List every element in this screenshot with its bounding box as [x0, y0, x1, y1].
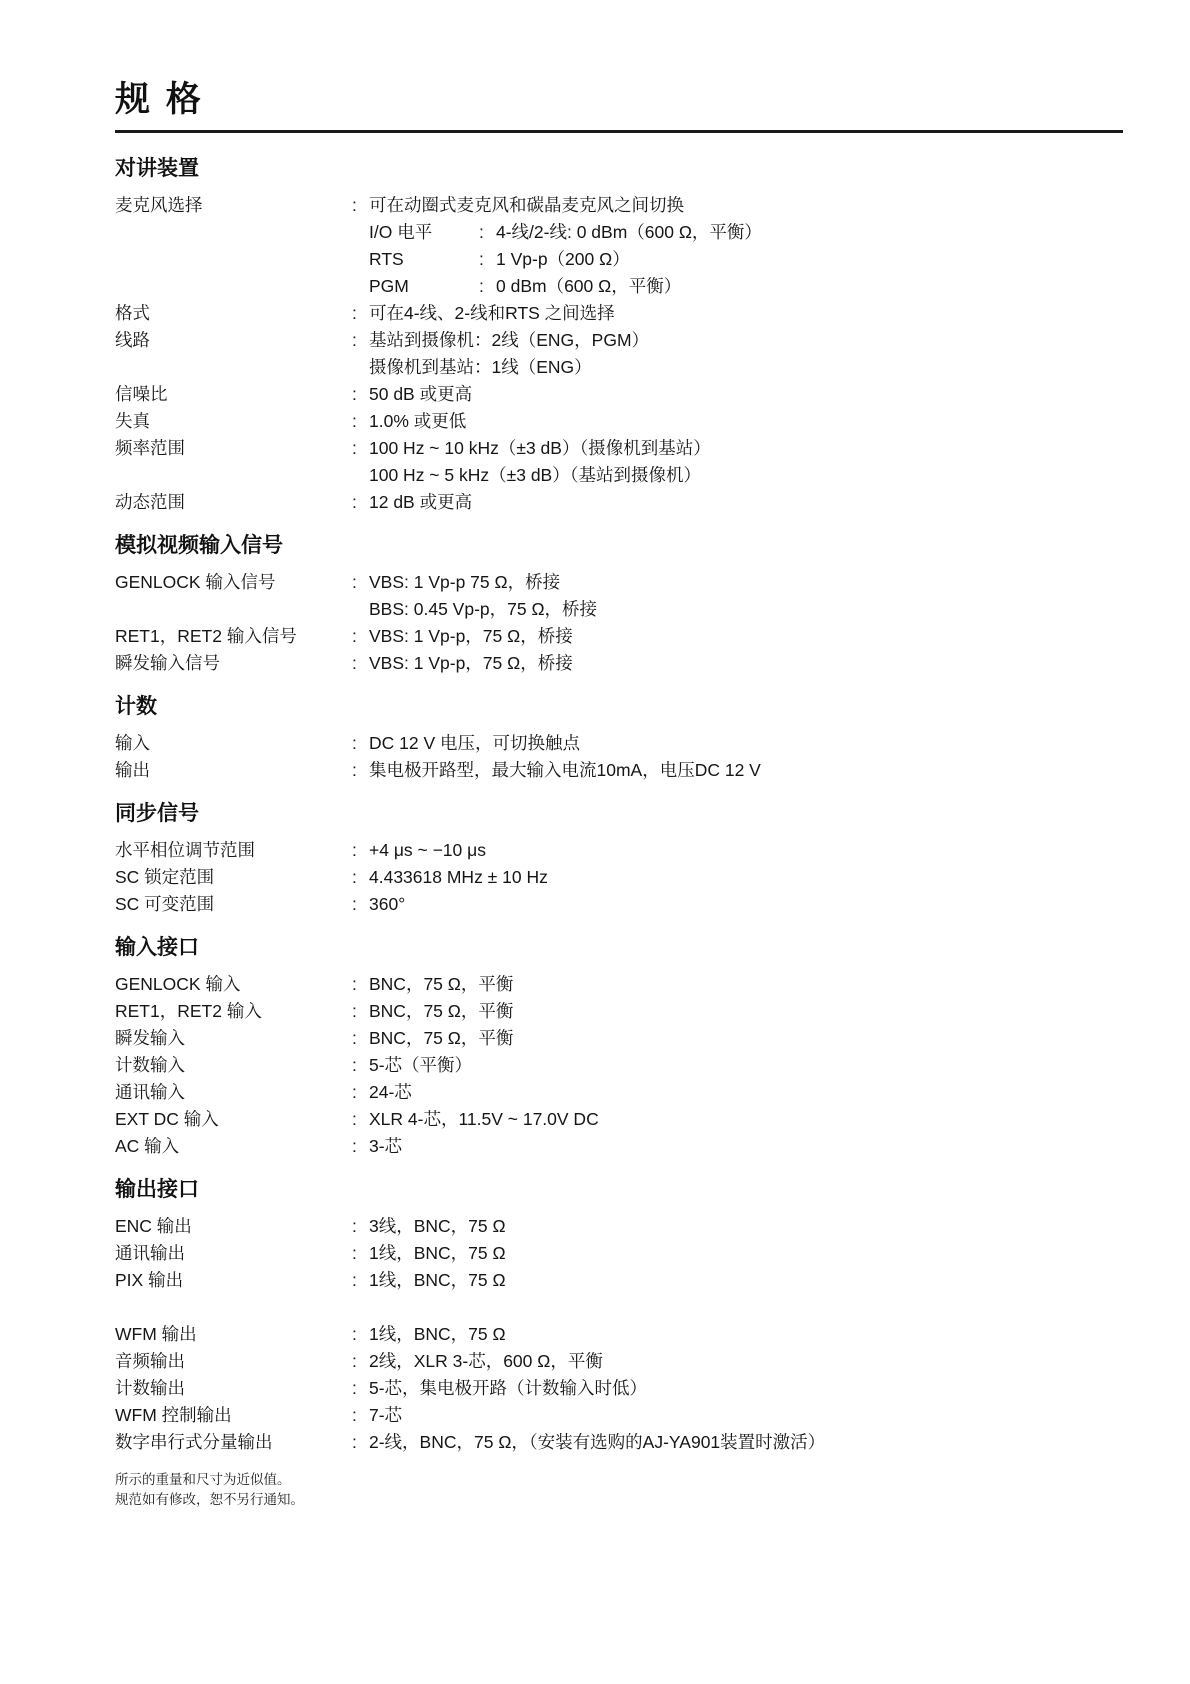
row-label: ENC 输出 [115, 1213, 352, 1240]
value-line: 12 dB 或更高 [369, 489, 1123, 516]
row-colon: : [352, 569, 369, 623]
value-line: 360° [369, 891, 1123, 918]
row-value: 5-芯，集电极开路（计数输入时低） [369, 1375, 1123, 1402]
page-title: 规 格 [115, 78, 1123, 122]
spec-row: 音频输出:2线，XLR 3-芯，600 Ω，平衡 [115, 1348, 1123, 1375]
row-value: 100 Hz ~ 10 kHz（±3 dB）（摄像机到基站）100 Hz ~ 5… [369, 435, 1123, 489]
row-value: BNC，75 Ω，平衡 [369, 998, 1123, 1025]
row-label: 通讯输出 [115, 1240, 352, 1267]
row-value: 7-芯 [369, 1402, 1123, 1429]
row-value: 可在4-线、2-线和RTS 之间选择 [369, 300, 1123, 327]
value-line: 100 Hz ~ 10 kHz（±3 dB）（摄像机到基站） [369, 435, 1123, 462]
row-colon: : [352, 891, 369, 918]
spec-page: 规 格 对讲装置麦克风选择:可在动圈式麦克风和碳晶麦克风之间切换I/O 电平:4… [0, 0, 1190, 1684]
row-value: 12 dB 或更高 [369, 489, 1123, 516]
value-line: 50 dB 或更高 [369, 381, 1123, 408]
row-value: 3-芯 [369, 1133, 1123, 1160]
sub-row-value: 1 Vp-p（200 Ω） [496, 246, 1123, 273]
spec-row: GENLOCK 输入信号:VBS: 1 Vp-p 75 Ω，桥接BBS: 0.4… [115, 569, 1123, 623]
row-value: BNC，75 Ω，平衡 [369, 1025, 1123, 1052]
row-colon: : [352, 730, 369, 757]
row-value: 基站到摄像机：2线（ENG，PGM）摄像机到基站：1线（ENG） [369, 327, 1123, 381]
row-colon: : [352, 998, 369, 1025]
sub-row-colon: : [479, 273, 496, 300]
row-label: RET1，RET2 输入信号 [115, 623, 352, 650]
row-label: EXT DC 输入 [115, 1106, 352, 1133]
section-heading: 同步信号 [115, 799, 1123, 829]
spec-row: EXT DC 输入:XLR 4-芯，11.5V ~ 17.0V DC [115, 1106, 1123, 1133]
spec-row: 水平相位调节范围:+4 μs ~ −10 μs [115, 837, 1123, 864]
row-colon: : [352, 1213, 369, 1240]
spec-row: PIX 输出:1线，BNC，75 Ω [115, 1267, 1123, 1294]
spec-row: WFM 输出:1线，BNC，75 Ω [115, 1321, 1123, 1348]
row-value: 360° [369, 891, 1123, 918]
spec-row: 信噪比:50 dB 或更高 [115, 381, 1123, 408]
spec-row: 通讯输出:1线，BNC，75 Ω [115, 1240, 1123, 1267]
sub-row-label: I/O 电平 [369, 219, 479, 246]
row-value: VBS: 1 Vp-p 75 Ω，桥接BBS: 0.45 Vp-p，75 Ω，桥… [369, 569, 1123, 623]
sub-row: RTS:1 Vp-p（200 Ω） [369, 246, 1123, 273]
spec-row: 格式:可在4-线、2-线和RTS 之间选择 [115, 300, 1123, 327]
sub-row-label: PGM [369, 273, 479, 300]
spec-row: RET1，RET2 输入:BNC，75 Ω，平衡 [115, 998, 1123, 1025]
spec-section: 对讲装置麦克风选择:可在动圈式麦克风和碳晶麦克风之间切换I/O 电平:4-线/2… [115, 154, 1123, 516]
row-colon: : [352, 300, 369, 327]
value-line: 可在4-线、2-线和RTS 之间选择 [369, 300, 1123, 327]
section-heading: 模拟视频输入信号 [115, 531, 1123, 561]
value-line: DC 12 V 电压，可切换触点 [369, 730, 1123, 757]
spec-section: 模拟视频输入信号GENLOCK 输入信号:VBS: 1 Vp-p 75 Ω，桥接… [115, 531, 1123, 677]
row-value: 1线，BNC，75 Ω [369, 1321, 1123, 1348]
row-label: 频率范围 [115, 435, 352, 489]
value-line: 集电极开路型，最大输入电流10mA，电压DC 12 V [369, 757, 1123, 784]
spec-row: AC 输入:3-芯 [115, 1133, 1123, 1160]
value-line: VBS: 1 Vp-p，75 Ω，桥接 [369, 623, 1123, 650]
row-value: 5-芯（平衡） [369, 1052, 1123, 1079]
spec-row: 频率范围:100 Hz ~ 10 kHz（±3 dB）（摄像机到基站）100 H… [115, 435, 1123, 489]
row-value: DC 12 V 电压，可切换触点 [369, 730, 1123, 757]
row-value: 1线，BNC，75 Ω [369, 1240, 1123, 1267]
row-label: 输出 [115, 757, 352, 784]
row-value: 可在动圈式麦克风和碳晶麦克风之间切换I/O 电平:4-线/2-线: 0 dBm（… [369, 192, 1123, 300]
row-value: XLR 4-芯，11.5V ~ 17.0V DC [369, 1106, 1123, 1133]
row-label: 计数输出 [115, 1375, 352, 1402]
value-line: 基站到摄像机：2线（ENG，PGM） [369, 327, 1123, 354]
row-colon: : [352, 408, 369, 435]
row-label: 通讯输入 [115, 1079, 352, 1106]
section-heading: 输入接口 [115, 933, 1123, 963]
footnote-line: 规范如有修改，恕不另行通知。 [115, 1490, 1123, 1510]
value-line: 1线，BNC，75 Ω [369, 1321, 1123, 1348]
value-line: BNC，75 Ω，平衡 [369, 998, 1123, 1025]
row-colon: : [352, 1106, 369, 1133]
row-label: WFM 输出 [115, 1321, 352, 1348]
value-line: 5-芯（平衡） [369, 1052, 1123, 1079]
row-value: 24-芯 [369, 1079, 1123, 1106]
row-value: VBS: 1 Vp-p，75 Ω，桥接 [369, 650, 1123, 677]
row-label: 计数输入 [115, 1052, 352, 1079]
row-value: 集电极开路型，最大输入电流10mA，电压DC 12 V [369, 757, 1123, 784]
row-label: 动态范围 [115, 489, 352, 516]
row-label: GENLOCK 输入 [115, 971, 352, 998]
spec-section: 同步信号水平相位调节范围:+4 μs ~ −10 μsSC 锁定范围:4.433… [115, 799, 1123, 918]
row-colon: : [352, 381, 369, 408]
sub-row-value: 0 dBm（600 Ω，平衡） [496, 273, 1123, 300]
row-colon: : [352, 489, 369, 516]
row-value: 1线，BNC，75 Ω [369, 1267, 1123, 1294]
row-value: 1.0% 或更低 [369, 408, 1123, 435]
row-label: RET1，RET2 输入 [115, 998, 352, 1025]
value-line: 7-芯 [369, 1402, 1123, 1429]
row-value: 50 dB 或更高 [369, 381, 1123, 408]
row-label: 麦克风选择 [115, 192, 352, 300]
spec-row: WFM 控制输出:7-芯 [115, 1402, 1123, 1429]
spec-row: SC 可变范围:360° [115, 891, 1123, 918]
spec-row: ENC 输出:3线，BNC，75 Ω [115, 1213, 1123, 1240]
value-line: 2-线，BNC，75 Ω，（安装有选购的AJ-YA901装置时激活） [369, 1429, 1123, 1456]
row-colon: : [352, 327, 369, 381]
row-value: 2线，XLR 3-芯，600 Ω，平衡 [369, 1348, 1123, 1375]
spec-row: 通讯输入:24-芯 [115, 1079, 1123, 1106]
row-colon: : [352, 837, 369, 864]
value-line: 3线，BNC，75 Ω [369, 1213, 1123, 1240]
row-colon: : [352, 1402, 369, 1429]
row-colon: : [352, 1267, 369, 1294]
value-line: BBS: 0.45 Vp-p，75 Ω，桥接 [369, 596, 1123, 623]
spec-row: 数字串行式分量输出:2-线，BNC，75 Ω，（安装有选购的AJ-YA901装置… [115, 1429, 1123, 1456]
spec-row: 失真:1.0% 或更低 [115, 408, 1123, 435]
row-colon: : [352, 1375, 369, 1402]
spec-row: 输出:集电极开路型，最大输入电流10mA，电压DC 12 V [115, 757, 1123, 784]
row-value: VBS: 1 Vp-p，75 Ω，桥接 [369, 623, 1123, 650]
row-label: 信噪比 [115, 381, 352, 408]
spec-section: 输入接口GENLOCK 输入:BNC，75 Ω，平衡RET1，RET2 输入:B… [115, 933, 1123, 1160]
row-colon: : [352, 757, 369, 784]
footnotes: 所示的重量和尺寸为近似值。 规范如有修改，恕不另行通知。 [115, 1470, 1123, 1510]
value-line: VBS: 1 Vp-p，75 Ω，桥接 [369, 650, 1123, 677]
value-line: 4.433618 MHz ± 10 Hz [369, 864, 1123, 891]
row-colon: : [352, 623, 369, 650]
row-value: +4 μs ~ −10 μs [369, 837, 1123, 864]
spec-row: 麦克风选择:可在动圈式麦克风和碳晶麦克风之间切换I/O 电平:4-线/2-线: … [115, 192, 1123, 300]
sections-container: 对讲装置麦克风选择:可在动圈式麦克风和碳晶麦克风之间切换I/O 电平:4-线/2… [115, 154, 1123, 1456]
spec-row: RET1，RET2 输入信号:VBS: 1 Vp-p，75 Ω，桥接 [115, 623, 1123, 650]
value-line: XLR 4-芯，11.5V ~ 17.0V DC [369, 1106, 1123, 1133]
row-label: WFM 控制输出 [115, 1402, 352, 1429]
row-colon: : [352, 1240, 369, 1267]
section-heading: 计数 [115, 692, 1123, 722]
row-label: 音频输出 [115, 1348, 352, 1375]
spec-row: 计数输出:5-芯，集电极开路（计数输入时低） [115, 1375, 1123, 1402]
value-line: BNC，75 Ω，平衡 [369, 1025, 1123, 1052]
sub-row-colon: : [479, 246, 496, 273]
section-heading: 对讲装置 [115, 154, 1123, 184]
spec-row: 动态范围:12 dB 或更高 [115, 489, 1123, 516]
value-line: 2线，XLR 3-芯，600 Ω，平衡 [369, 1348, 1123, 1375]
row-colon: : [352, 1079, 369, 1106]
row-label: 瞬发输入 [115, 1025, 352, 1052]
row-colon: : [352, 1025, 369, 1052]
row-colon: : [352, 435, 369, 489]
row-label: 格式 [115, 300, 352, 327]
row-label: SC 锁定范围 [115, 864, 352, 891]
row-colon: : [352, 1133, 369, 1160]
spec-section: 计数输入:DC 12 V 电压，可切换触点输出:集电极开路型，最大输入电流10m… [115, 692, 1123, 784]
row-colon: : [352, 864, 369, 891]
row-colon: : [352, 1321, 369, 1348]
row-label: SC 可变范围 [115, 891, 352, 918]
footnote-line: 所示的重量和尺寸为近似值。 [115, 1470, 1123, 1490]
row-label: 数字串行式分量输出 [115, 1429, 352, 1456]
row-colon: : [352, 1429, 369, 1456]
row-label: AC 输入 [115, 1133, 352, 1160]
row-colon: : [352, 1348, 369, 1375]
value-line: BNC，75 Ω，平衡 [369, 971, 1123, 998]
sub-row-label: RTS [369, 246, 479, 273]
value-line: 1线，BNC，75 Ω [369, 1240, 1123, 1267]
value-line: 可在动圈式麦克风和碳晶麦克风之间切换 [369, 192, 1123, 219]
row-label: 失真 [115, 408, 352, 435]
row-colon: : [352, 1052, 369, 1079]
value-line: 1线，BNC，75 Ω [369, 1267, 1123, 1294]
sub-row: I/O 电平:4-线/2-线: 0 dBm（600 Ω，平衡） [369, 219, 1123, 246]
spec-section: 输出接口ENC 输出:3线，BNC，75 Ω通讯输出:1线，BNC，75 ΩPI… [115, 1175, 1123, 1456]
spec-row: 线路:基站到摄像机：2线（ENG，PGM）摄像机到基站：1线（ENG） [115, 327, 1123, 381]
value-line: 24-芯 [369, 1079, 1123, 1106]
value-line: 5-芯，集电极开路（计数输入时低） [369, 1375, 1123, 1402]
row-colon: : [352, 192, 369, 300]
value-line: 1.0% 或更低 [369, 408, 1123, 435]
row-value: BNC，75 Ω，平衡 [369, 971, 1123, 998]
spec-row: 计数输入:5-芯（平衡） [115, 1052, 1123, 1079]
sub-row-colon: : [479, 219, 496, 246]
value-line: 3-芯 [369, 1133, 1123, 1160]
row-label: GENLOCK 输入信号 [115, 569, 352, 623]
spec-row: SC 锁定范围:4.433618 MHz ± 10 Hz [115, 864, 1123, 891]
spec-row: 瞬发输入:BNC，75 Ω，平衡 [115, 1025, 1123, 1052]
row-value: 4.433618 MHz ± 10 Hz [369, 864, 1123, 891]
row-label: 水平相位调节范围 [115, 837, 352, 864]
row-value: 3线，BNC，75 Ω [369, 1213, 1123, 1240]
row-label: PIX 输出 [115, 1267, 352, 1294]
row-colon: : [352, 650, 369, 677]
value-line: 摄像机到基站：1线（ENG） [369, 354, 1123, 381]
row-label: 瞬发输入信号 [115, 650, 352, 677]
row-colon: : [352, 971, 369, 998]
value-line: +4 μs ~ −10 μs [369, 837, 1123, 864]
sub-row: PGM:0 dBm（600 Ω，平衡） [369, 273, 1123, 300]
spec-row: GENLOCK 输入:BNC，75 Ω，平衡 [115, 971, 1123, 998]
page-content: 规 格 对讲装置麦克风选择:可在动圈式麦克风和碳晶麦克风之间切换I/O 电平:4… [115, 78, 1123, 1510]
spec-row: 瞬发输入信号:VBS: 1 Vp-p，75 Ω，桥接 [115, 650, 1123, 677]
row-value: 2-线，BNC，75 Ω，（安装有选购的AJ-YA901装置时激活） [369, 1429, 1123, 1456]
section-heading: 输出接口 [115, 1175, 1123, 1205]
row-label: 输入 [115, 730, 352, 757]
value-line: VBS: 1 Vp-p 75 Ω，桥接 [369, 569, 1123, 596]
row-label: 线路 [115, 327, 352, 381]
value-line: 100 Hz ~ 5 kHz（±3 dB）（基站到摄像机） [369, 462, 1123, 489]
sub-row-value: 4-线/2-线: 0 dBm（600 Ω，平衡） [496, 219, 1123, 246]
title-rule [115, 130, 1123, 133]
spec-row: 输入:DC 12 V 电压，可切换触点 [115, 730, 1123, 757]
